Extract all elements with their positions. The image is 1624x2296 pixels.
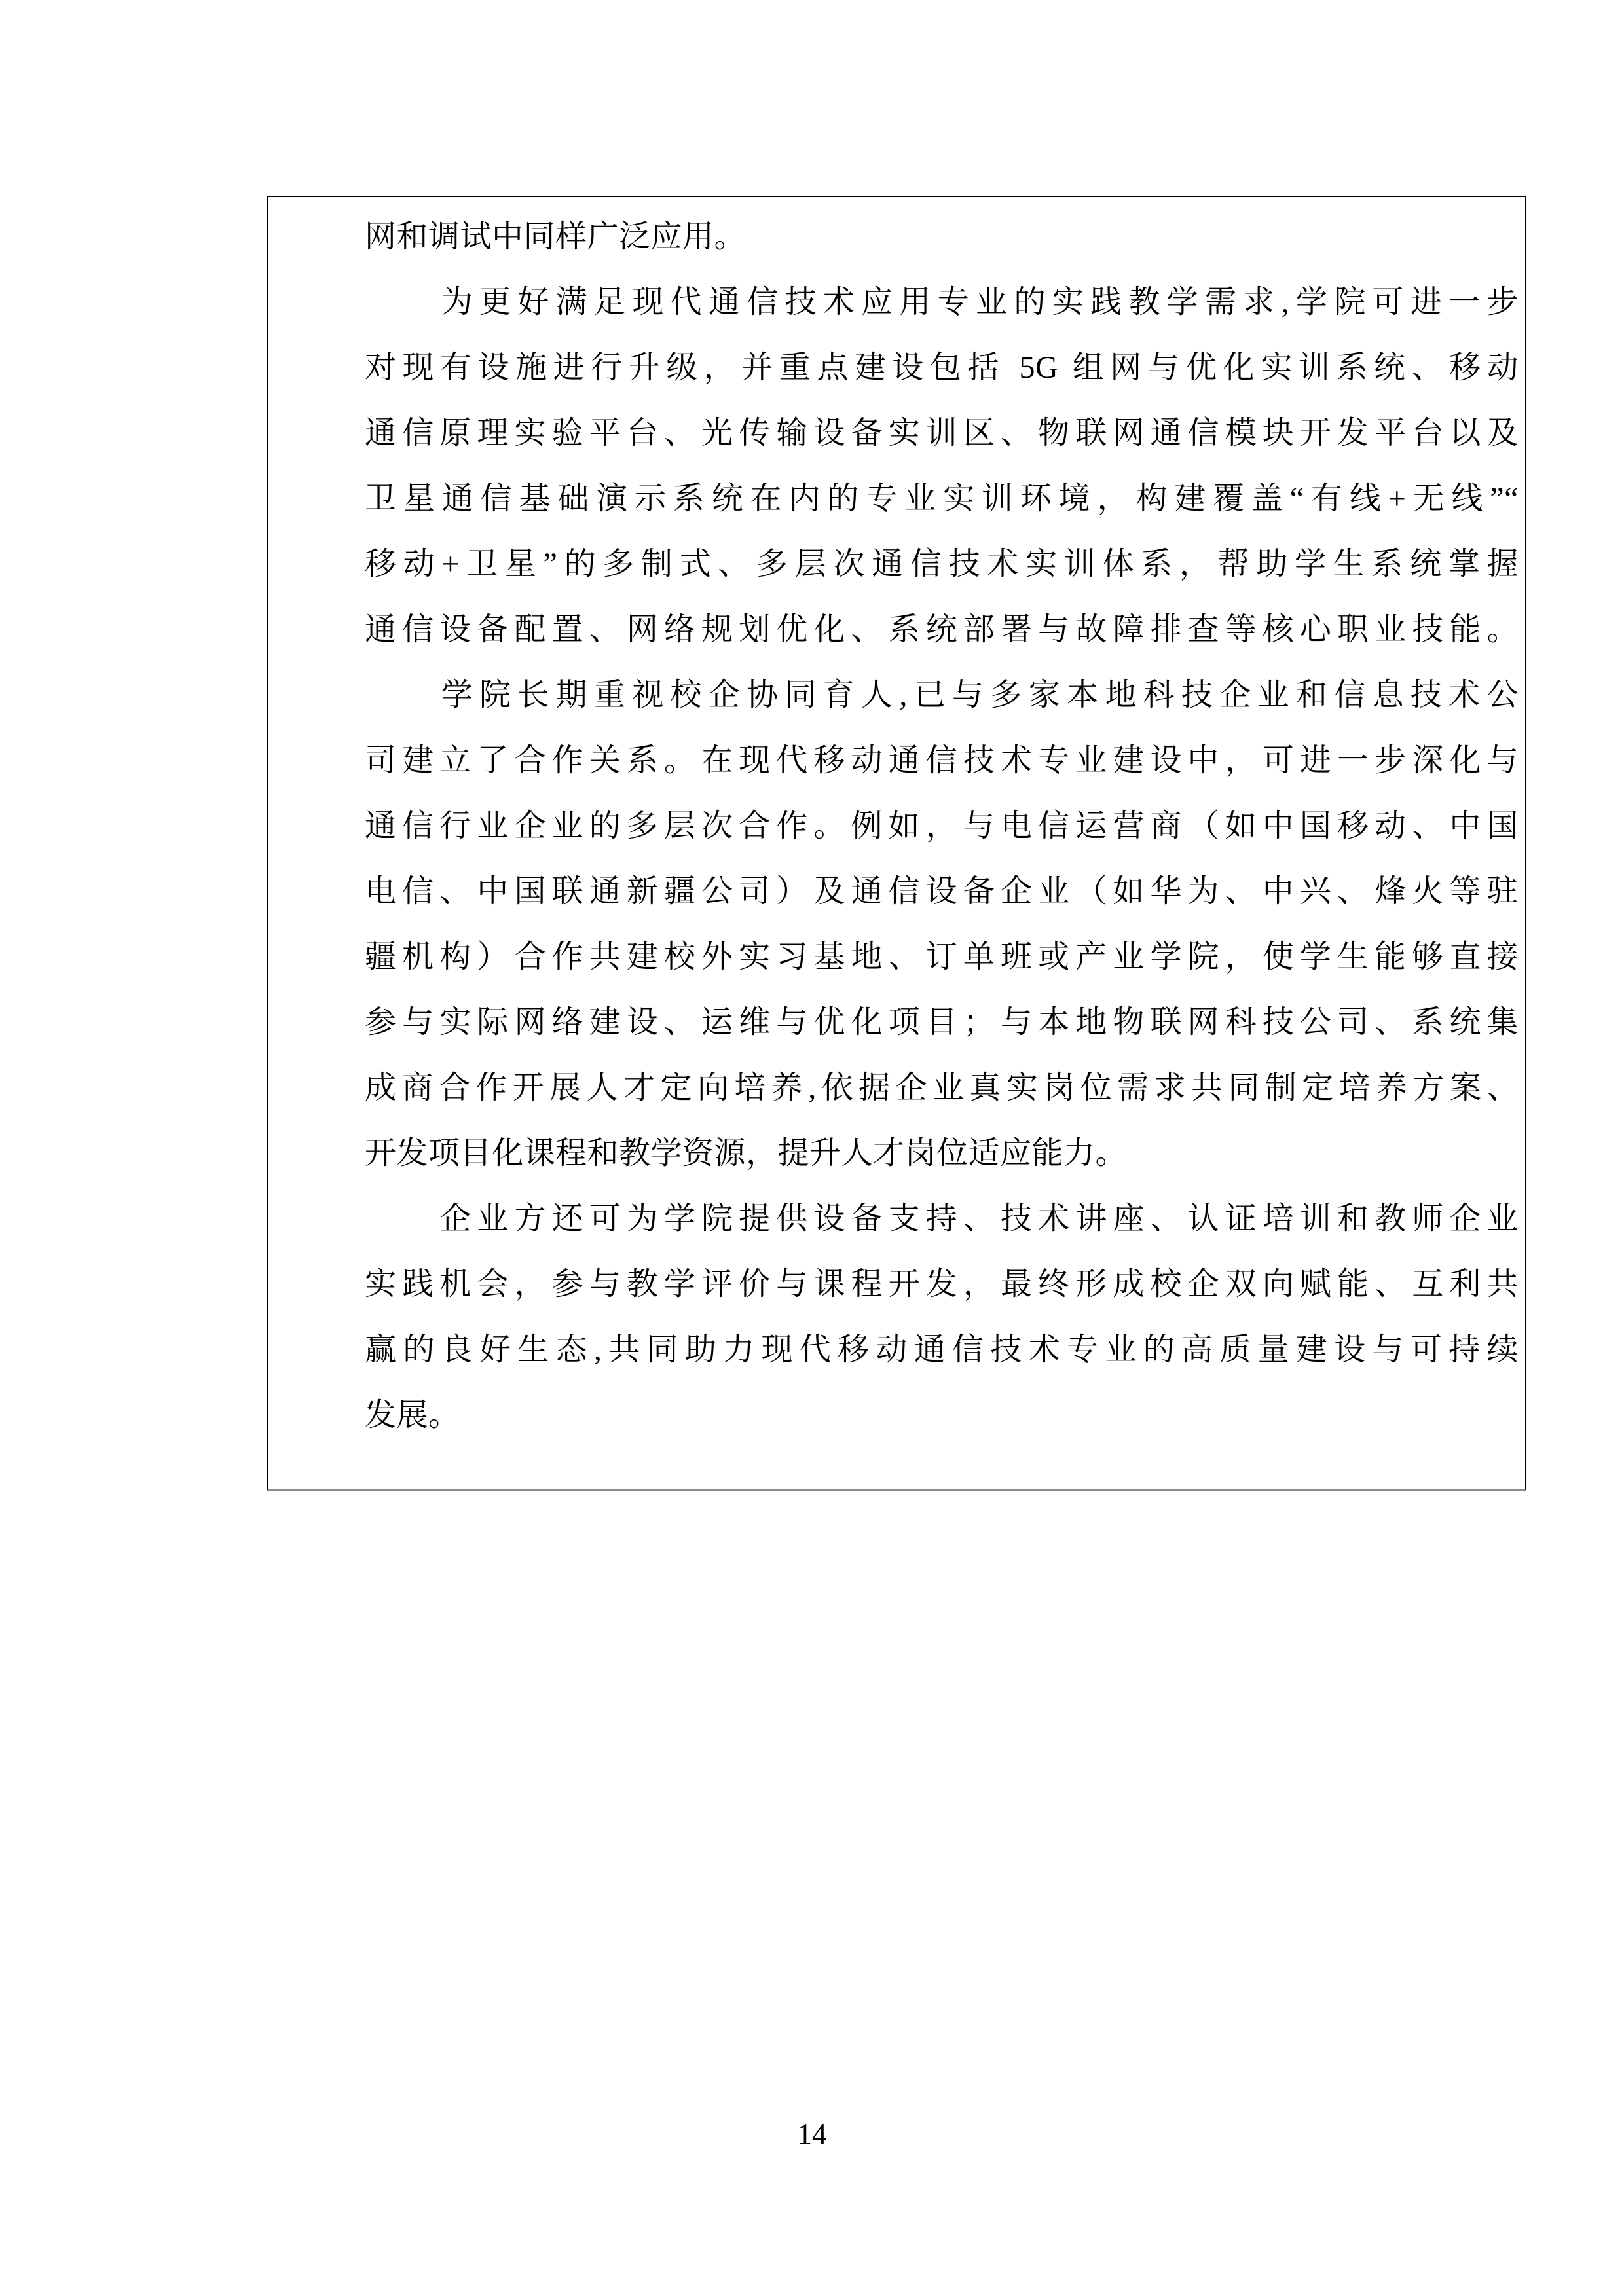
document-table: 网和调试中同样广泛应用。 为更好满足现代通信技术应用专业的实践教学需求,学院可进… — [267, 196, 1526, 1491]
text-line: 参与实际网络建设、运维与优化项目；与本地物联网科技公司、系统集 — [365, 990, 1519, 1055]
text-line: 卫星通信基础演示系统在内的专业实训环境，构建覆盖“有线+无线”“ — [365, 466, 1519, 532]
page-number: 14 — [0, 2117, 1624, 2151]
text-line: 网和调试中同样广泛应用。 — [365, 204, 1519, 270]
text-line: 实践机会，参与教学评价与课程开发，最终形成校企双向赋能、互利共 — [365, 1252, 1519, 1317]
text-line: 成商合作开展人才定向培养,依据企业真实岗位需求共同制定培养方案、 — [365, 1055, 1519, 1121]
text-line: 企业方还可为学院提供设备支持、技术讲座、认证培训和教师企业 — [365, 1186, 1519, 1252]
table-left-column — [268, 197, 358, 1489]
table-content-cell: 网和调试中同样广泛应用。 为更好满足现代通信技术应用专业的实践教学需求,学院可进… — [358, 197, 1525, 1489]
text-line: 疆机构）合作共建校外实习基地、订单班或产业学院，使学生能够直接 — [365, 924, 1519, 990]
text-line: 通信原理实验平台、光传输设备实训区、物联网通信模块开发平台以及 — [365, 401, 1519, 466]
text-line: 开发项目化课程和教学资源，提升人才岗位适应能力。 — [365, 1121, 1519, 1186]
text-line: 电信、中国联通新疆公司）及通信设备企业（如华为、中兴、烽火等驻 — [365, 859, 1519, 924]
text-line: 移动+卫星”的多制式、多层次通信技术实训体系，帮助学生系统掌握 — [365, 532, 1519, 597]
text-line: 为更好满足现代通信技术应用专业的实践教学需求,学院可进一步 — [365, 270, 1519, 335]
text-line: 司建立了合作关系。在现代移动通信技术专业建设中，可进一步深化与 — [365, 728, 1519, 793]
text-line: 通信行业企业的多层次合作。例如，与电信运营商（如中国移动、中国 — [365, 793, 1519, 859]
text-line: 通信设备配置、网络规划优化、系统部署与故障排查等核心职业技能。 — [365, 597, 1519, 663]
text-line: 学院长期重视校企协同育人,已与多家本地科技企业和信息技术公 — [365, 663, 1519, 728]
document-page: 网和调试中同样广泛应用。 为更好满足现代通信技术应用专业的实践教学需求,学院可进… — [0, 0, 1624, 2296]
text-line: 对现有设施进行升级，并重点建设包括 5G 组网与优化实训系统、移动 — [365, 335, 1519, 401]
text-line: 赢的良好生态,共同助力现代移动通信技术专业的高质量建设与可持续 — [365, 1317, 1519, 1383]
text-line: 发展。 — [365, 1383, 1519, 1448]
